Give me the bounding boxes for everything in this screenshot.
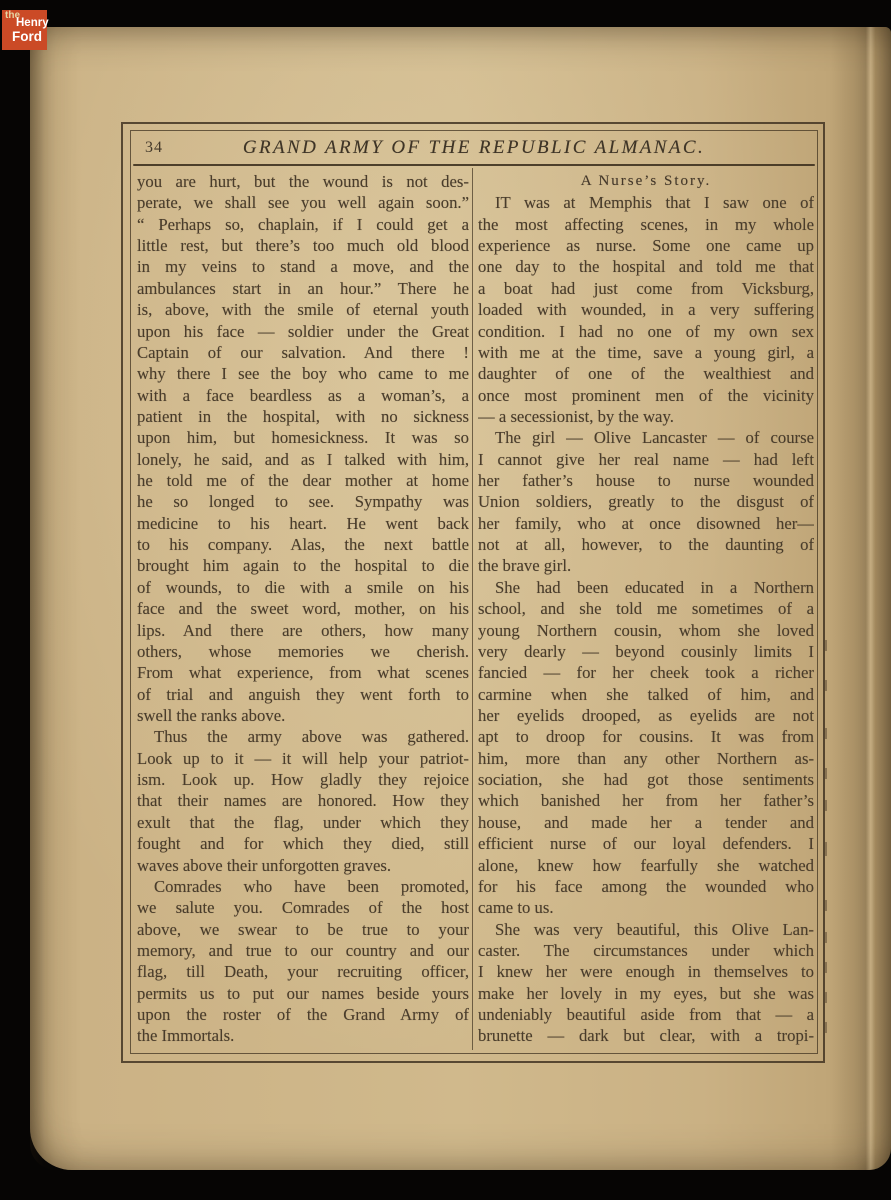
book-page-scan: 34 GRAND ARMY OF THE REPUBLIC ALMANAC. y… (30, 27, 891, 1170)
text-line: apt to droop for cousins. It was from (478, 726, 814, 747)
text-line: flag, till Death, your recruiting office… (137, 961, 469, 982)
text-line: house, and made her a tender and (478, 812, 814, 833)
text-line: memory, and true to our country and our (137, 940, 469, 961)
right-column-text: IT was at Memphis that I saw one ofthe m… (478, 192, 814, 1046)
text-line: efficient nurse of our loyal defenders. … (478, 833, 814, 854)
text-line: caster. The circumstances under which (478, 940, 814, 961)
text-line: face and the sweet word, mother, on his (137, 598, 469, 619)
text-line: once most prominent men of the vicinity (478, 385, 814, 406)
text-line: the most affecting scenes, in my whole (478, 214, 814, 235)
text-line: undeniably beautiful aside from that — a (478, 1004, 814, 1025)
text-line: perate, we shall see you well again soon… (137, 192, 469, 213)
text-line: She was very beautiful, this Olive Lan- (478, 919, 814, 940)
text-line: fancied — for her cheek took a richer (478, 662, 814, 683)
page-inner-border: 34 GRAND ARMY OF THE REPUBLIC ALMANAC. y… (130, 130, 818, 1054)
text-line: daughter of one of the wealthiest and (478, 363, 814, 384)
text-line: “ Perhaps so, chaplain, if I could get a (137, 214, 469, 235)
text-line: — a secessionist, by the way. (478, 406, 814, 427)
text-line: lips. And there are others, how many (137, 620, 469, 641)
header-rule (133, 164, 815, 166)
text-line: brunette — dark but clear, with a tropi- (478, 1025, 814, 1046)
text-line: Look up to it — it will help your patrio… (137, 748, 469, 769)
text-line: experience as nurse. Some one came up (478, 235, 814, 256)
text-line: She had been educated in a Northern (478, 577, 814, 598)
text-line: of trial and anguish they went forth to (137, 684, 469, 705)
text-line: he told me of the dear mother at home (137, 470, 469, 491)
text-line: I knew her were enough in themselves to (478, 961, 814, 982)
text-line: of wounds, to die with a smile on his (137, 577, 469, 598)
text-line: loaded with wounded, in a very suffering (478, 299, 814, 320)
text-line: why there I see the boy who came to me (137, 363, 469, 384)
text-line: upon the roster of the Grand Army of (137, 1004, 469, 1025)
column-divider (472, 168, 473, 1050)
text-line: with a face beardless as a woman’s, a (137, 385, 469, 406)
text-line: little rest, but there’s too much old bl… (137, 235, 469, 256)
text-line: not at all, however, to the daunting of (478, 534, 814, 555)
text-line: Thus the army above was gathered. (137, 726, 469, 747)
right-column: A Nurse’s Story. IT was at Memphis that … (478, 171, 814, 1047)
logo-text-henry: Henry (16, 17, 49, 29)
logo-text-ford: Ford (12, 29, 42, 44)
text-line: I cannot give her real name — had left (478, 449, 814, 470)
text-line: sociation, she had got those sentiments (478, 769, 814, 790)
text-line: he so longed to see. Sympathy was (137, 491, 469, 512)
text-line: carmine when she talked of him, and (478, 684, 814, 705)
text-columns: you are hurt, but the wound is not des-p… (131, 168, 817, 1053)
text-line: her father’s house to nurse wounded (478, 470, 814, 491)
text-line: brought him again to the hospital to die (137, 555, 469, 576)
text-line: which banished her from her father’s (478, 790, 814, 811)
text-line: very dearly — beyond cousinly limits I (478, 641, 814, 662)
text-line: that their names are honored. How they (137, 790, 469, 811)
text-line: in my veins to stand a move, and the (137, 256, 469, 277)
text-line: with me at the time, save a young girl, … (478, 342, 814, 363)
text-line: him, more than any other Northern as- (478, 748, 814, 769)
page-header: 34 GRAND ARMY OF THE REPUBLIC ALMANAC. (131, 131, 817, 164)
text-line: upon his face — soldier under the Great (137, 321, 469, 342)
text-line: patient in the hospital, with no sicknes… (137, 406, 469, 427)
book-gutter-shadow (831, 27, 891, 1170)
text-line: young Northern cousin, whom she loved (478, 620, 814, 641)
text-line: one day to the hospital and told me that (478, 256, 814, 277)
text-line: her family, who at once disowned her— (478, 513, 814, 534)
text-line: permits us to put our names beside yours (137, 983, 469, 1004)
text-line: lonely, he said, and as I talked with hi… (137, 449, 469, 470)
text-line: condition. I had no one of my own sex (478, 321, 814, 342)
text-line: came to us. (478, 897, 814, 918)
page-title: GRAND ARMY OF THE REPUBLIC ALMANAC. (131, 137, 817, 159)
left-column: you are hurt, but the wound is not des-p… (137, 171, 469, 1047)
text-line: make her lovely in my eyes, but she was (478, 983, 814, 1004)
text-line: upon him, but homesickness. It was so (137, 427, 469, 448)
page-outer-border: 34 GRAND ARMY OF THE REPUBLIC ALMANAC. y… (121, 122, 825, 1063)
text-line: is, above, with the smile of eternal you… (137, 299, 469, 320)
text-line: alone, knew how fearfully she watched (478, 855, 814, 876)
text-line: ambulances start in an hour.” There he (137, 278, 469, 299)
text-line: we salute you. Comrades of the host (137, 897, 469, 918)
text-line: the Immortals. (137, 1025, 469, 1046)
text-line: a boat had just come from Vicksburg, (478, 278, 814, 299)
text-line: Comrades who have been promoted, (137, 876, 469, 897)
text-line: school, and she told me sometimes of a (478, 598, 814, 619)
text-line: waves above their unforgotten graves. (137, 855, 469, 876)
text-line: ism. Look up. How gladly they rejoice (137, 769, 469, 790)
text-line: From what experience, from what scenes (137, 662, 469, 683)
text-line: the brave girl. (478, 555, 814, 576)
text-line: Union soldiers, greatly to the disgust o… (478, 491, 814, 512)
text-line: for his face among the wounded who (478, 876, 814, 897)
text-line: Captain of our salvation. And there ! (137, 342, 469, 363)
text-line: others, whose memories we cherish. (137, 641, 469, 662)
story-heading: A Nurse’s Story. (478, 171, 814, 192)
page-stack-edge (30, 27, 56, 1170)
text-line: exult that the flag, under which they (137, 812, 469, 833)
text-line: swell the ranks above. (137, 705, 469, 726)
text-line: The girl — Olive Lancaster — of course (478, 427, 814, 448)
text-line: you are hurt, but the wound is not des- (137, 171, 469, 192)
text-line: IT was at Memphis that I saw one of (478, 192, 814, 213)
text-line: fought and for which they died, still (137, 833, 469, 854)
henry-ford-logo: the Henry Ford (2, 10, 47, 50)
text-line: medicine to his heart. He went back (137, 513, 469, 534)
text-line: to his company. Alas, the next battle (137, 534, 469, 555)
text-line: her eyelids drooped, as eyelids are not (478, 705, 814, 726)
text-line: above, we swear to be true to your (137, 919, 469, 940)
